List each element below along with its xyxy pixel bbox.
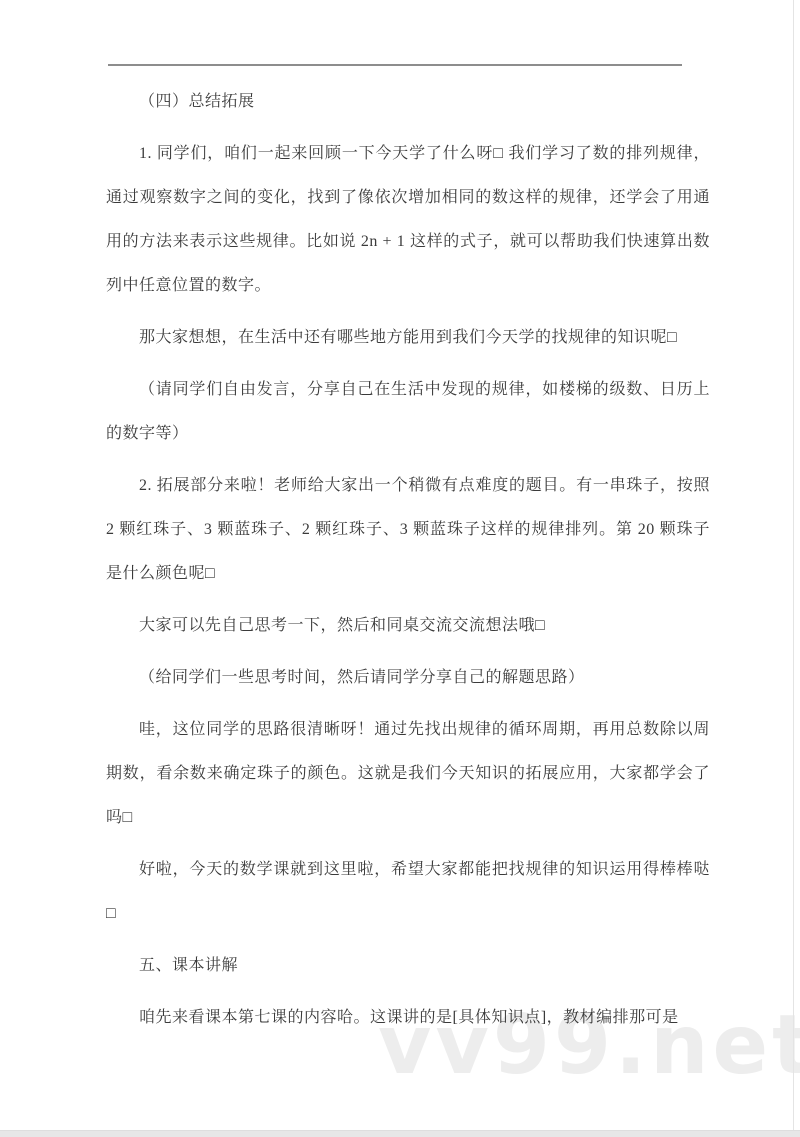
- page-right-edge: [793, 0, 794, 1131]
- paragraph-closing: 好啦，今天的数学课就到这里啦，希望大家都能把找规律的知识运用得棒棒哒□: [106, 848, 710, 936]
- page-bottom-edge: [0, 1130, 800, 1137]
- paragraph-stage-note: （请同学们自由发言，分享自己在生活中发现的规律，如楼梯的级数、日历上的数字等）: [106, 368, 710, 456]
- paragraph-extension-problem: 2. 拓展部分来啦！老师给大家出一个稍微有点难度的题目。有一串珠子，按照 2 颗…: [106, 464, 710, 596]
- section-heading: （四）总结拓展: [106, 80, 710, 124]
- document-page: vv99.net （四）总结拓展 1. 同学们，咱们一起来回顾一下今天学了什么呀…: [0, 0, 800, 1137]
- paragraph-feedback: 哇，这位同学的思路很清晰呀！通过先找出规律的循环周期，再用总数除以周期数，看余数…: [106, 708, 710, 840]
- header-divider-line: [108, 64, 682, 66]
- paragraph-think-prompt: 大家可以先自己思考一下，然后和同桌交流交流想法哦□: [106, 604, 710, 648]
- paragraph-question: 那大家想想，在生活中还有哪些地方能用到我们今天学的找规律的知识呢□: [106, 316, 710, 360]
- paragraph-recap: 1. 同学们，咱们一起来回顾一下今天学了什么呀□ 我们学习了数的排列规律，通过观…: [106, 132, 710, 308]
- paragraph-stage-note-2: （给同学们一些思考时间，然后请同学分享自己的解题思路）: [106, 656, 710, 700]
- document-body: （四）总结拓展 1. 同学们，咱们一起来回顾一下今天学了什么呀□ 我们学习了数的…: [106, 80, 710, 1048]
- section-heading-2: 五、课本讲解: [106, 944, 710, 988]
- paragraph-textbook-intro: 咱先来看课本第七课的内容哈。这课讲的是[具体知识点]，教材编排那可是: [106, 996, 710, 1040]
